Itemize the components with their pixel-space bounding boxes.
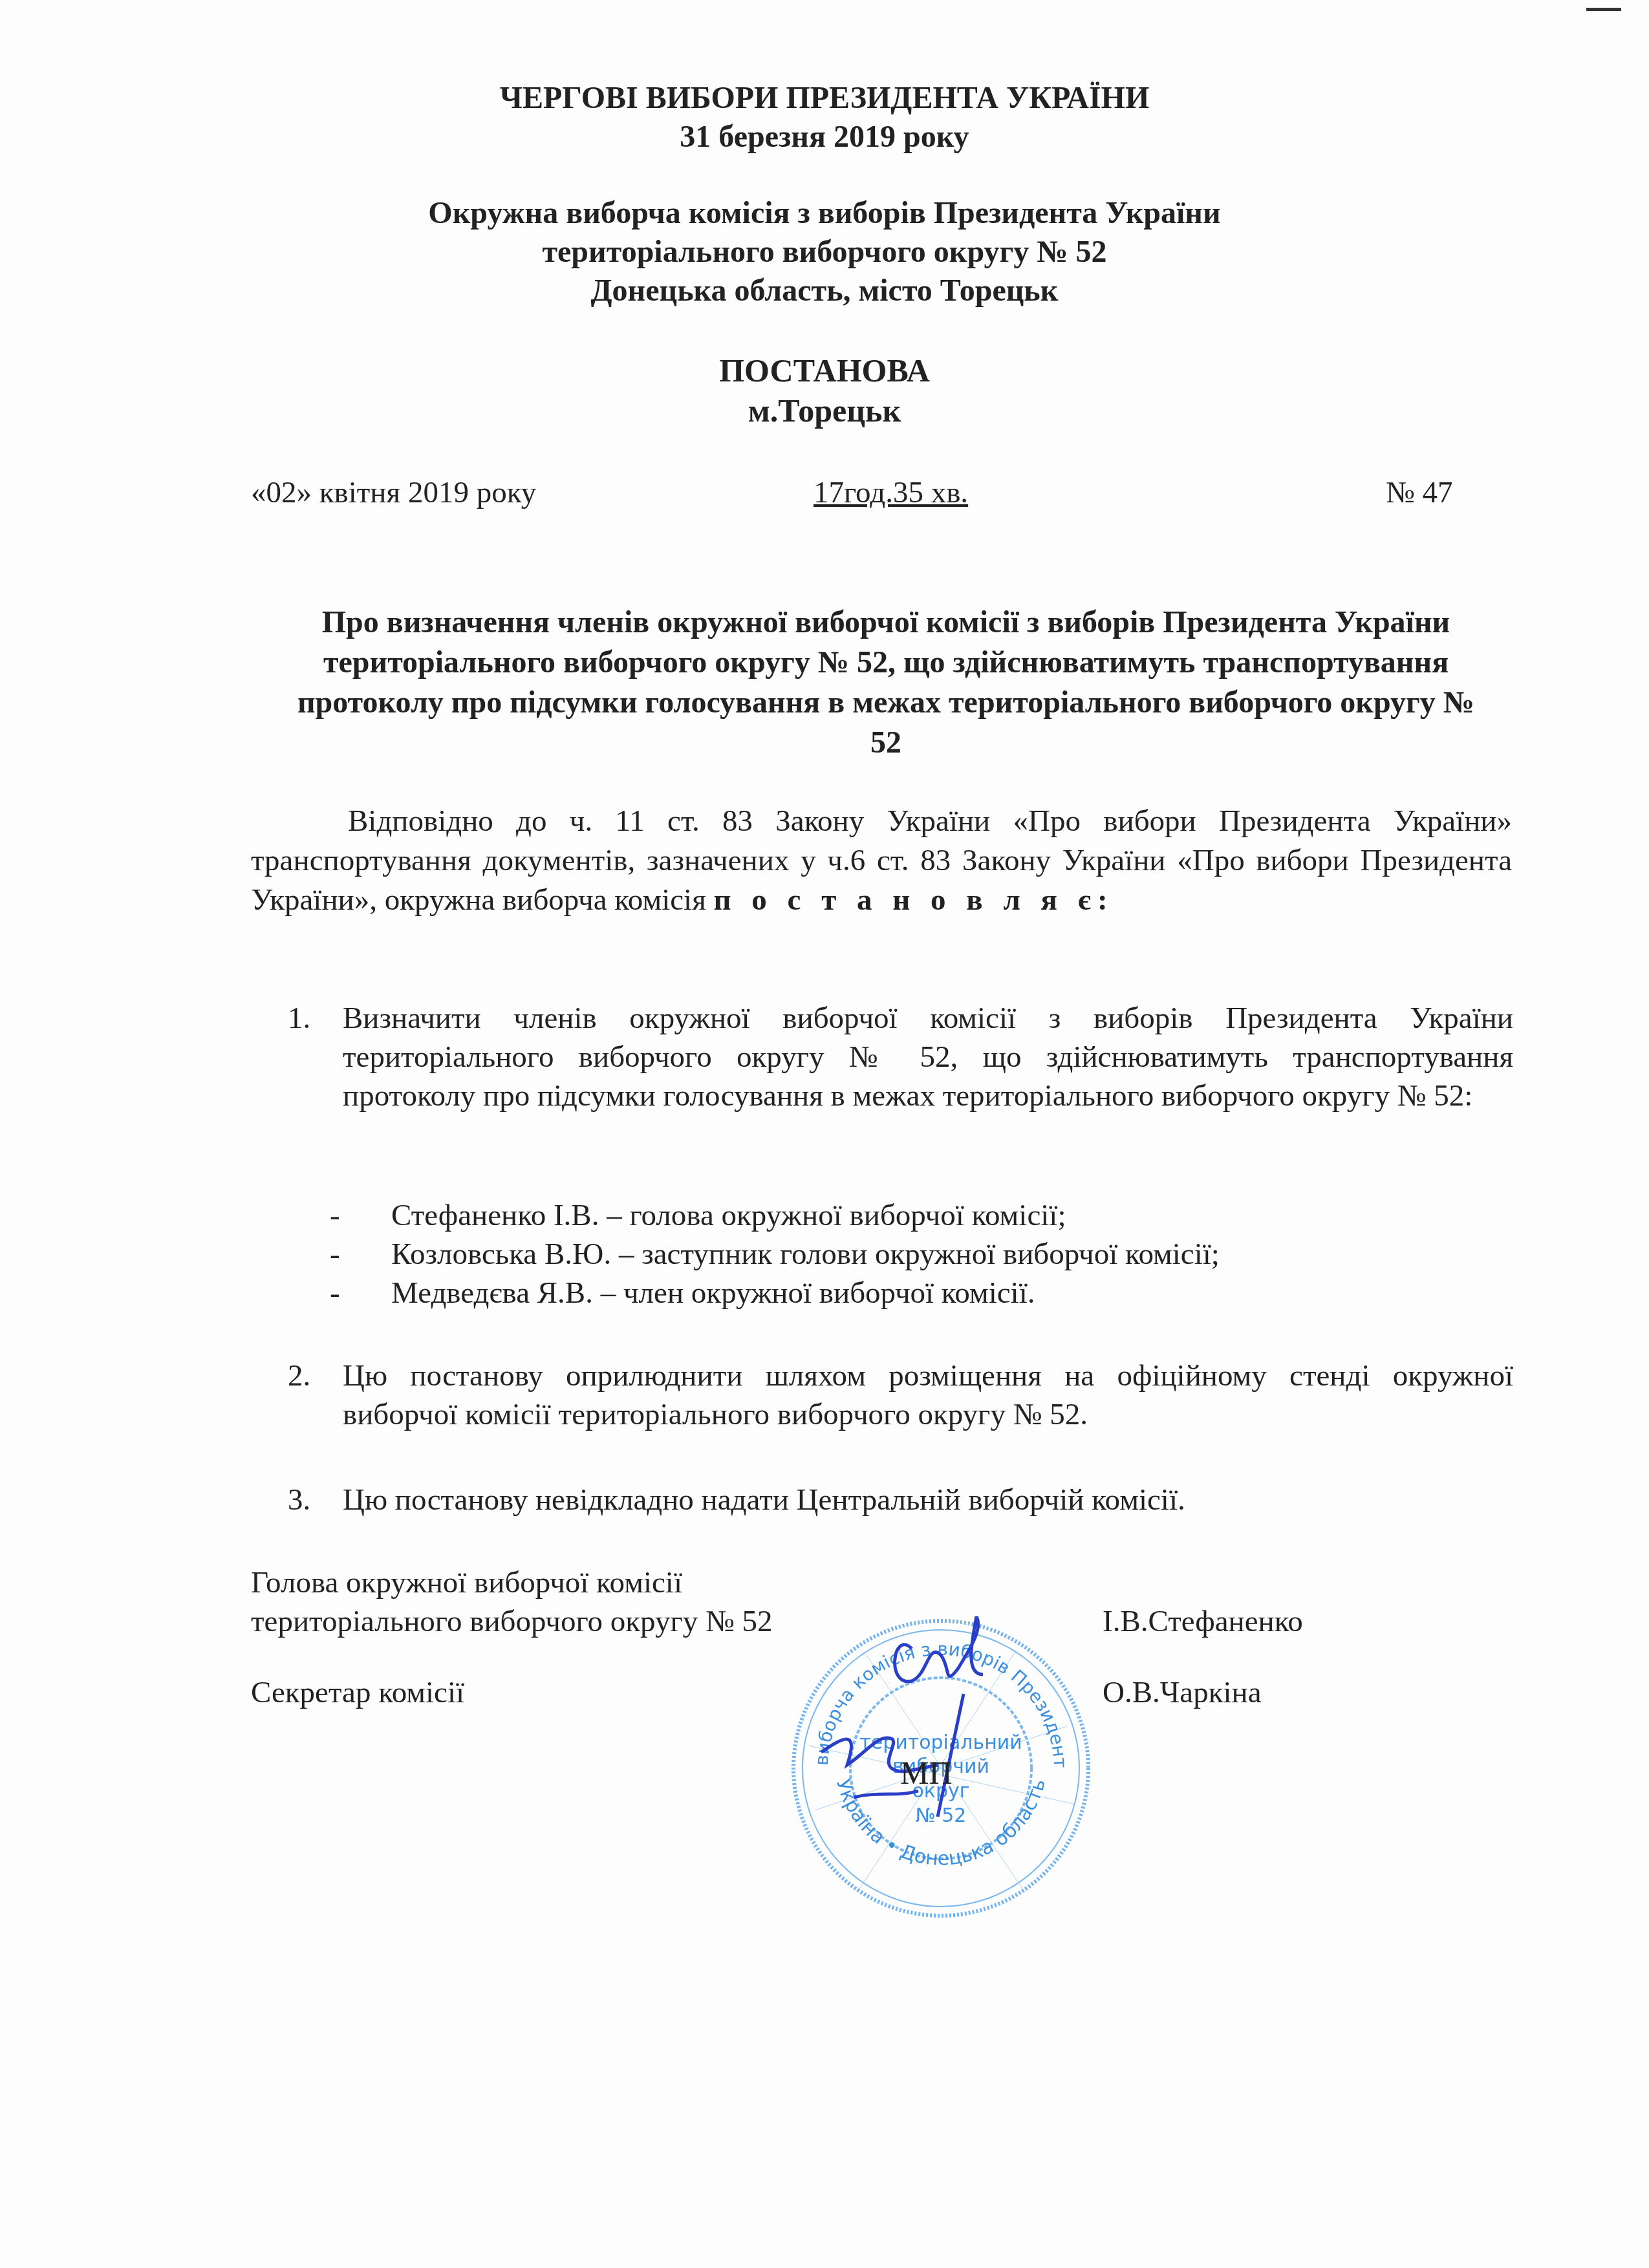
commission-district: територіального виборчого округу № 52	[0, 233, 1649, 272]
item-text: Цю постанову невідкладно надати Централь…	[343, 1481, 1513, 1519]
member-item: Козловська В.Ю. – заступник голови окруж…	[330, 1235, 1220, 1274]
secretary-name: О.В.Чаркіна	[1103, 1673, 1262, 1712]
commission-location: Донецька область, місто Торецьк	[0, 272, 1649, 310]
item-text: Визначити членів окружної виборчої коміс…	[343, 999, 1513, 1115]
resolution-item-2: 2. Цю постанову оприлюднити шляхом розмі…	[288, 1356, 1513, 1434]
chair-title: Голова окружної виборчої комісії територ…	[251, 1563, 773, 1641]
election-date: 31 березня 2019 року	[0, 118, 1649, 156]
member-item: Медведєва Я.В. – член окружної виборчої …	[330, 1274, 1220, 1312]
document-date: «02» квітня 2019 року	[251, 475, 536, 510]
seal-center-line1: територіальний	[859, 1731, 1022, 1754]
chair-name: І.В.Стефаненко	[1103, 1602, 1303, 1641]
secretary-title: Секретар комісії	[251, 1673, 464, 1712]
document-type: ПОСТАНОВА	[0, 350, 1649, 390]
document-page: ЧЕРГОВІ ВИБОРИ ПРЕЗИДЕНТА УКРАЇНИ 31 бер…	[0, 0, 1649, 2268]
seal-place-label: МП	[900, 1753, 953, 1792]
chair-title-line1: Голова окружної виборчої комісії	[251, 1563, 773, 1602]
resolves-word: п о с т а н о в л я є:	[714, 883, 1114, 917]
election-title: ЧЕРГОВІ ВИБОРИ ПРЕЗИДЕНТА УКРАЇНИ	[0, 79, 1649, 118]
member-item: Стефаненко І.В. – голова окружної виборч…	[330, 1196, 1220, 1235]
commission-block: Окружна виборча комісія з виборів Презид…	[0, 194, 1649, 310]
resolution-item-1: 1. Визначити членів окружної виборчої ко…	[288, 999, 1513, 1115]
resolution-heading: ПОСТАНОВА м.Торецьк	[0, 350, 1649, 431]
document-city: м.Торецьк	[0, 390, 1649, 431]
scan-corner-mark	[1586, 8, 1621, 11]
item-number: 2.	[288, 1356, 310, 1395]
members-list: Стефаненко І.В. – голова окружної виборч…	[330, 1196, 1220, 1312]
item-number: 1.	[288, 999, 310, 1038]
chair-title-line2: територіального виборчого округу № 52	[251, 1602, 773, 1641]
commission-name: Окружна виборча комісія з виборів Презид…	[0, 194, 1649, 233]
document-meta-line: «02» квітня 2019 року 17год.35 хв. № 47	[251, 475, 1467, 514]
resolution-subject: Про визначення членів окружної виборчої …	[278, 603, 1494, 763]
document-time: 17год.35 хв.	[814, 475, 968, 510]
resolution-item-3: 3. Цю постанову невідкладно надати Центр…	[288, 1481, 1513, 1519]
preamble-paragraph: Відповідно до ч. 11 ст. 83 Закону Україн…	[251, 802, 1512, 920]
item-number: 3.	[288, 1481, 310, 1519]
document-header: ЧЕРГОВІ ВИБОРИ ПРЕЗИДЕНТА УКРАЇНИ 31 бер…	[0, 79, 1649, 156]
item-text: Цю постанову оприлюднити шляхом розміщен…	[343, 1356, 1513, 1434]
document-number: № 47	[1386, 475, 1453, 510]
